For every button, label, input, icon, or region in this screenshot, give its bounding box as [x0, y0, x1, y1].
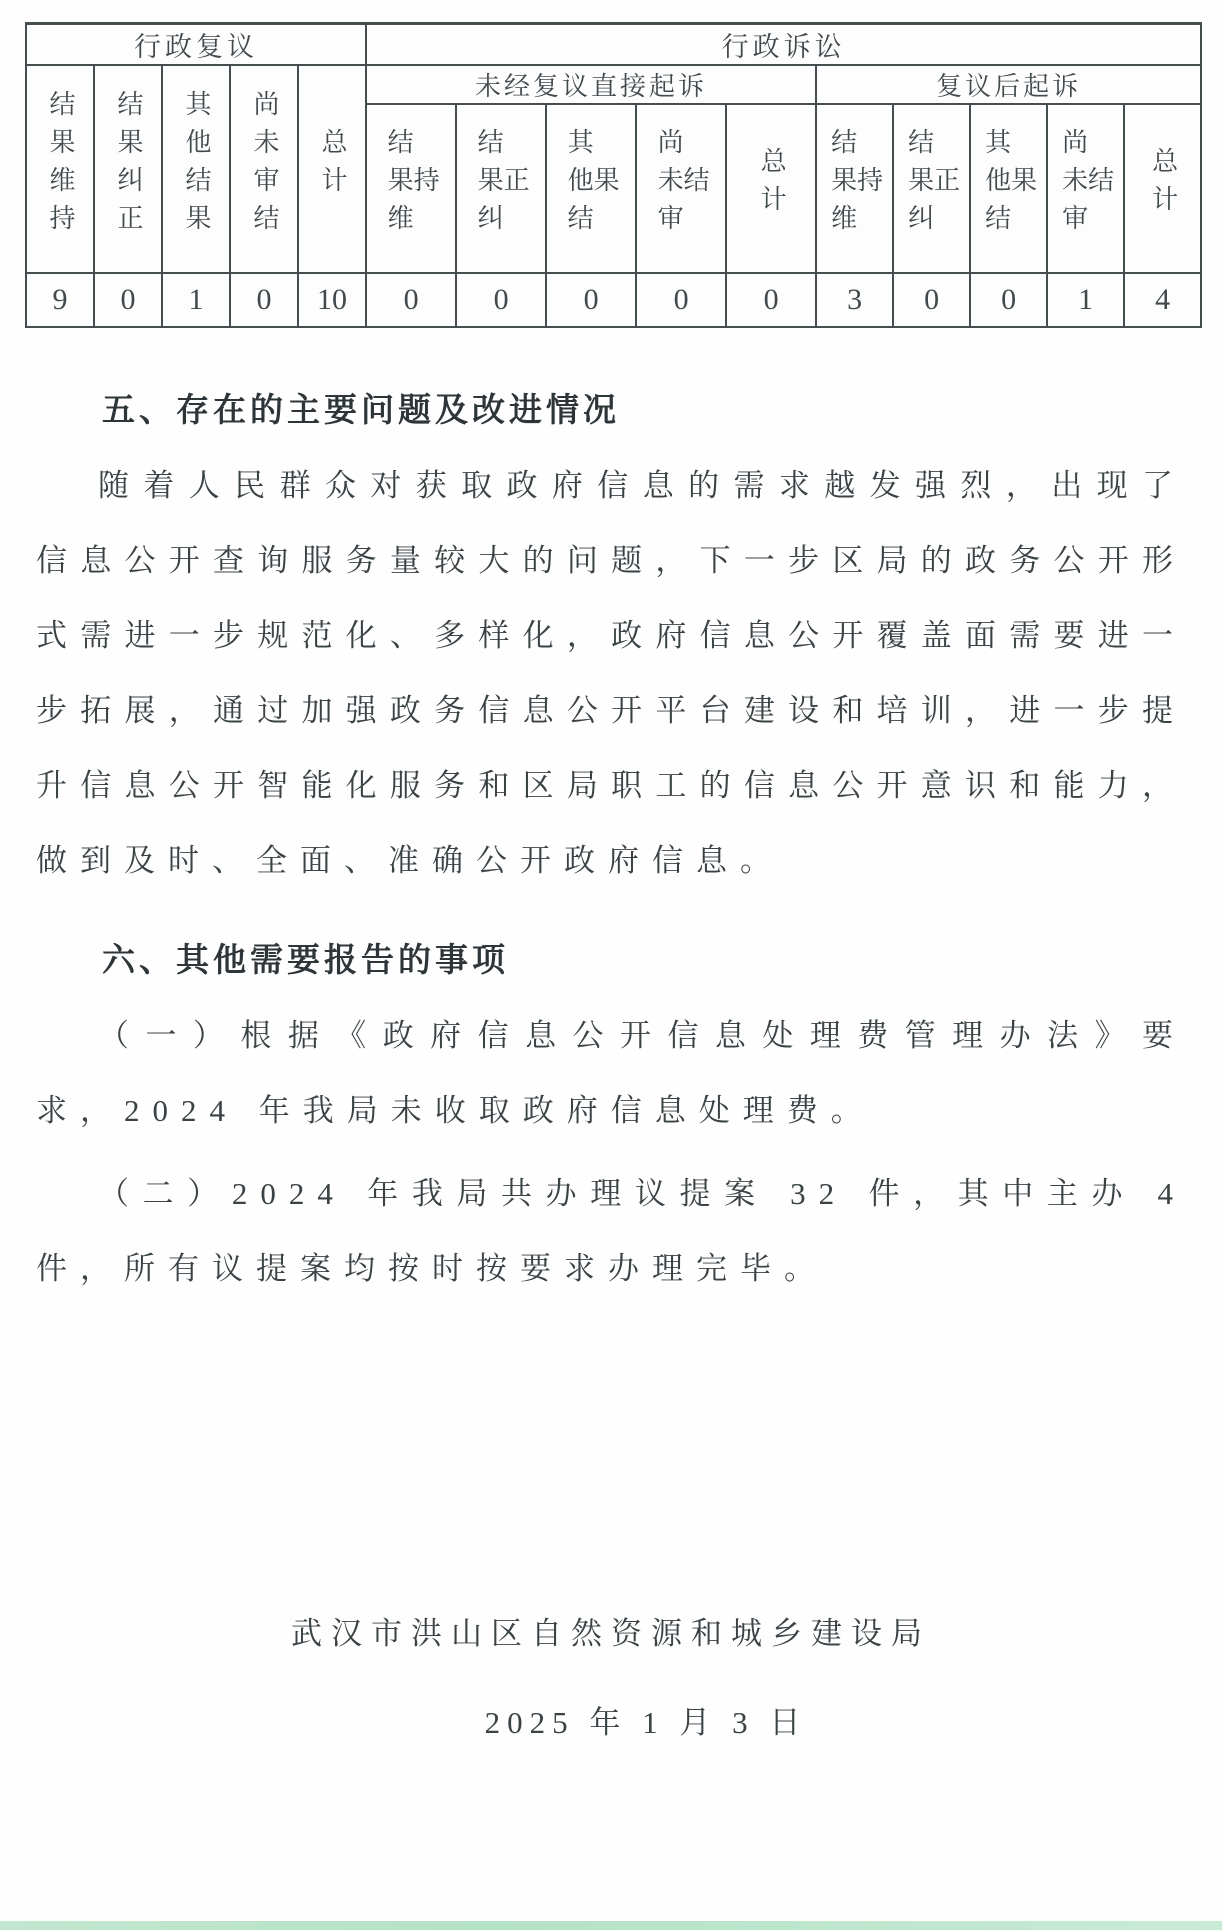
data-cell: 9 [26, 273, 94, 327]
col-header-text: 结果维持 [829, 111, 881, 259]
data-cell: 0 [546, 273, 636, 327]
paragraph-problems-improvements: 随着人民群众对获取政府信息的需求越发强烈，出现了信息公开查询服务量较大的问题，下… [36, 448, 1186, 898]
col-header-text: 总计 [758, 147, 784, 223]
section-heading-five: 五、存在的主要问题及改进情况 [36, 380, 1186, 440]
data-cell: 0 [366, 273, 456, 327]
col-header-cell: 结果纠正 [456, 104, 546, 273]
data-cell: 0 [94, 273, 162, 327]
paragraph-item-one: （一）根据《政府信息公开信息处理费管理办法》要求，2024 年我局未收取政府信息… [36, 998, 1186, 1148]
col-header-text: 结果维持 [47, 90, 73, 242]
col-header-text: 总计 [319, 128, 345, 204]
col-header-cell: 尚未审结 [1047, 104, 1124, 273]
table-subheader-row: 结果维持 结果纠正 其他结果 尚未审结 总计 未经复议直接起诉 复议后起诉 [26, 65, 1201, 104]
data-cell: 0 [456, 273, 546, 327]
table-data-row: 9 0 1 0 10 0 0 0 0 0 3 0 0 1 4 [26, 273, 1201, 327]
table-group-header-row: 行政复议 行政诉讼 [26, 24, 1201, 66]
document-page: 行政复议 行政诉讼 结果维持 结果纠正 其他结果 尚未审结 总计 未经复议直接起… [0, 0, 1222, 1930]
col-header-cell: 尚未审结 [230, 65, 298, 273]
scan-edge-artifact [0, 1921, 1222, 1930]
document-body: 五、存在的主要问题及改进情况 随着人民群众对获取政府信息的需求越发强烈，出现了信… [36, 340, 1186, 1306]
subheader-direct-suit: 未经复议直接起诉 [366, 65, 816, 104]
col-header-text: 尚未审结 [251, 90, 277, 242]
data-cell: 1 [1047, 273, 1124, 327]
group-header-litigation: 行政诉讼 [366, 24, 1201, 66]
group-header-review: 行政复议 [26, 24, 366, 66]
col-header-text: 尚未审结 [655, 111, 707, 259]
data-cell: 0 [970, 273, 1047, 327]
data-cell: 1 [162, 273, 230, 327]
col-header-cell: 总计 [1124, 104, 1201, 273]
col-header-cell: 总计 [726, 104, 816, 273]
col-header-text: 其他结果 [565, 111, 617, 259]
col-header-cell: 结果维持 [816, 104, 893, 273]
col-header-cell: 结果纠正 [893, 104, 970, 273]
col-header-text: 结果纠正 [906, 111, 958, 259]
paragraph-item-two: （二）2024 年我局共办理议提案 32 件，其中主办 4 件，所有议提案均按时… [36, 1156, 1186, 1306]
col-header-cell: 结果维持 [26, 65, 94, 273]
col-header-text: 其他结果 [183, 90, 209, 242]
data-cell: 3 [816, 273, 893, 327]
signature-block: 武汉市洪山区自然资源和城乡建设局 2025 年 1 月 3 日 [0, 1608, 1222, 1742]
subheader-after-review-suit: 复议后起诉 [816, 65, 1201, 104]
col-header-text: 总计 [1150, 147, 1176, 223]
col-header-text: 结果纠正 [475, 111, 527, 259]
col-header-cell: 总计 [298, 65, 366, 273]
data-cell: 0 [230, 273, 298, 327]
col-header-cell: 其他结果 [970, 104, 1047, 273]
col-header-text: 结果纠正 [115, 90, 141, 242]
col-header-cell: 其他结果 [162, 65, 230, 273]
col-header-cell: 尚未审结 [636, 104, 726, 273]
section-heading-six: 六、其他需要报告的事项 [36, 930, 1186, 990]
col-header-text: 尚未审结 [1060, 111, 1112, 259]
data-cell: 4 [1124, 273, 1201, 327]
col-header-cell: 结果维持 [366, 104, 456, 273]
data-cell: 0 [726, 273, 816, 327]
data-cell: 0 [893, 273, 970, 327]
data-cell: 0 [636, 273, 726, 327]
signature-org: 武汉市洪山区自然资源和城乡建设局 [0, 1608, 1222, 1653]
data-cell: 10 [298, 273, 366, 327]
col-header-cell: 其他结果 [546, 104, 636, 273]
signature-date: 2025 年 1 月 3 日 [70, 1697, 1222, 1742]
col-header-text: 结果维持 [385, 111, 437, 259]
statistics-table: 行政复议 行政诉讼 结果维持 结果纠正 其他结果 尚未审结 总计 未经复议直接起… [25, 22, 1202, 328]
col-header-cell: 结果纠正 [94, 65, 162, 273]
col-header-text: 其他结果 [983, 111, 1035, 259]
